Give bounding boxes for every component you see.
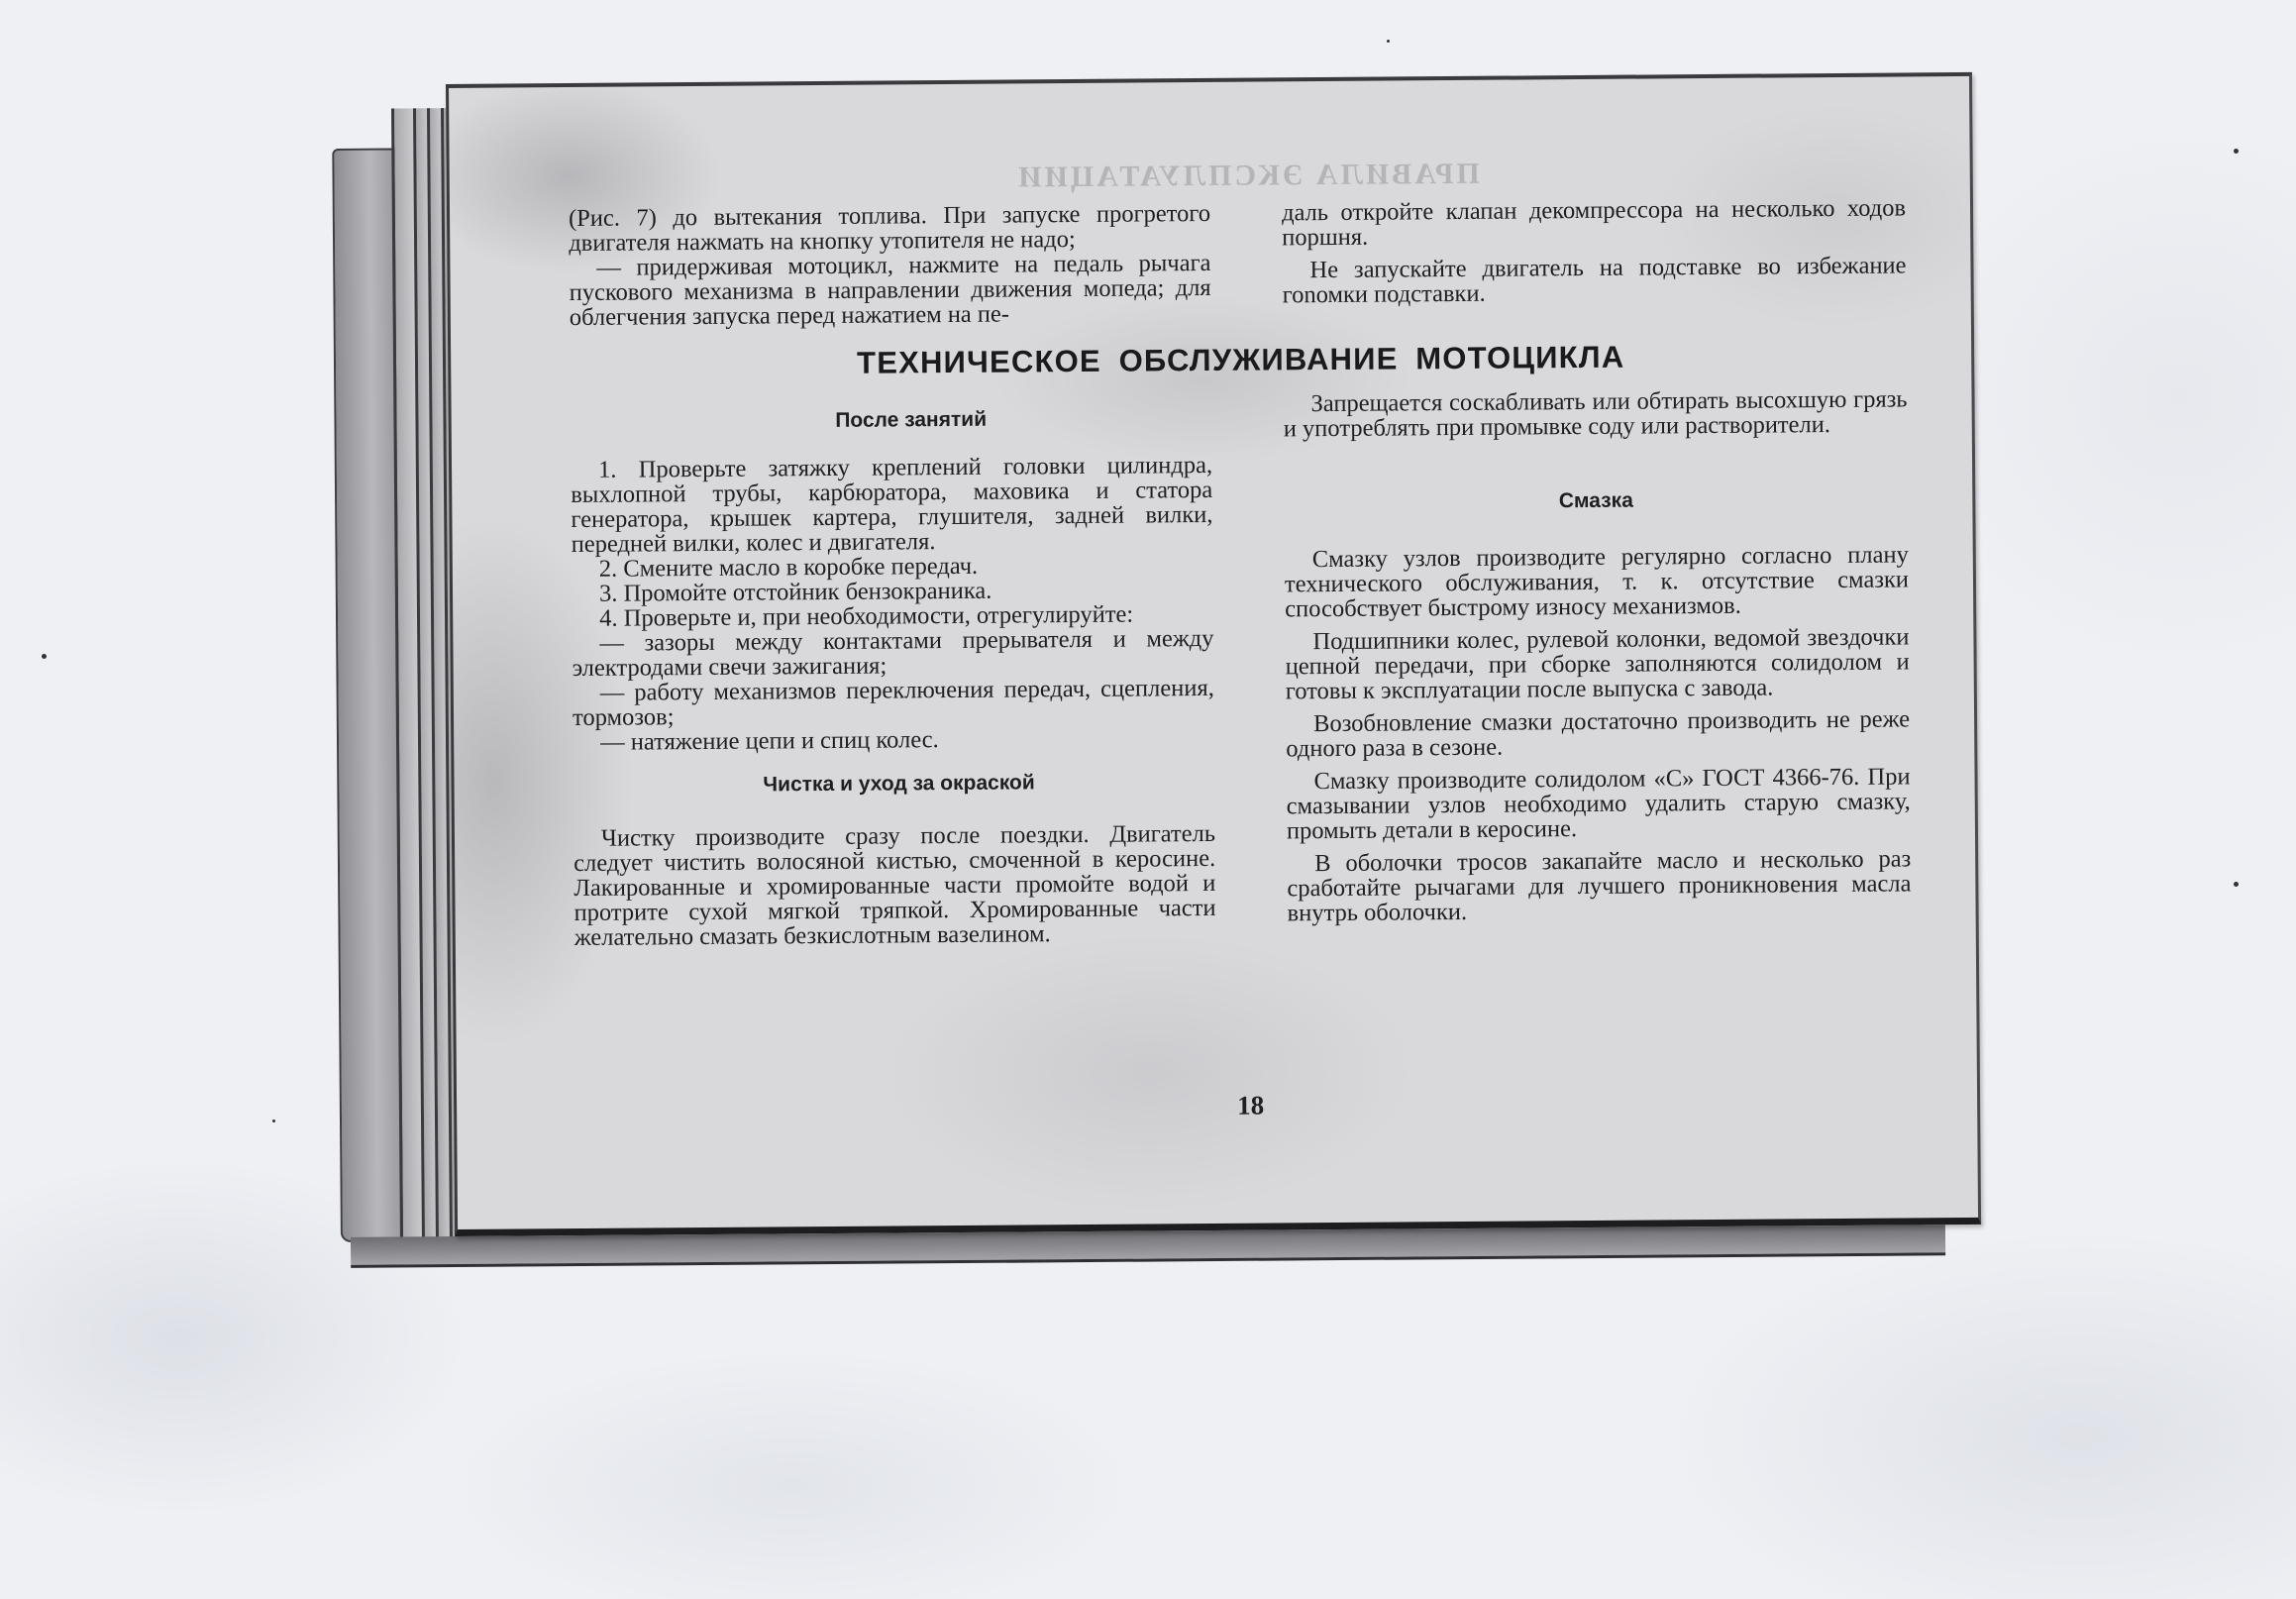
book-page: ПРАВИЛА ЭКСПЛУАТАЦИИ (Рис. 7) до вытекан… — [446, 72, 1981, 1236]
scan-speck — [1387, 40, 1390, 43]
list-item: — натяжение цепи и спиц колес. — [573, 725, 1214, 755]
paragraph: Запрещается соскабливать или обтирать вы… — [1283, 386, 1907, 441]
paragraph: Возобновление смазки достаточно производ… — [1286, 706, 1910, 761]
paragraph: Смазку узлов производите регулярно согла… — [1285, 542, 1910, 621]
section-title: ТЕХНИЧЕСКОЕ ОБСЛУЖИВАНИЕ МОТОЦИКЛА — [451, 337, 1971, 384]
show-through-header: ПРАВИЛА ЭКСПЛУАТАЦИИ — [1064, 158, 1480, 194]
paragraph: Чистку производите сразу после поездки. … — [574, 821, 1216, 950]
after-riding-section: После занятий 1. Проверьте затяжку крепл… — [571, 405, 1215, 755]
subsection-heading: После занятий — [610, 405, 1212, 435]
paragraph: Смазку производите солидолом «С» ГОСТ 43… — [1286, 764, 1911, 843]
subsection-heading: Смазка — [1284, 485, 1908, 515]
paragraph: (Рис. 7) до вытекания топлива. При запус… — [569, 201, 1210, 256]
list-item: — зазоры между контактами прерывателя и … — [572, 626, 1213, 681]
lubrication-column: Запрещается соскабливать или обтирать вы… — [1283, 386, 1911, 925]
paragraph: В оболочки тросов закапайте масло и неск… — [1287, 846, 1912, 925]
scan-speck — [272, 1119, 275, 1122]
subsection-heading: Чистка и уход за окраской — [582, 769, 1214, 799]
paragraph: Не запускайте двигатель на подставке во … — [1282, 253, 1906, 307]
scan-speck — [42, 654, 47, 659]
top-left-continuation: (Рис. 7) до вытекания топлива. При запус… — [569, 201, 1211, 330]
top-right-continuation: даль откройте клапан декомпрессора на не… — [1282, 195, 1907, 307]
scan-speck — [2234, 149, 2239, 154]
paragraph: — придерживая мотоцикл, нажмите на педал… — [569, 251, 1211, 330]
scan-speck — [2234, 882, 2239, 887]
paint-care-section: Чистка и уход за окраской Чистку произво… — [573, 769, 1215, 950]
list-item: — работу механизмов переключения передач… — [573, 676, 1214, 730]
paragraph: Подшипники колес, рулевой колонки, ведом… — [1285, 624, 1910, 703]
page-number: 18 — [1237, 1091, 1264, 1121]
list-item: 1. Проверьте затяжку креплений головки ц… — [571, 453, 1213, 557]
paragraph: даль откройте клапан декомпрессора на не… — [1282, 195, 1906, 250]
